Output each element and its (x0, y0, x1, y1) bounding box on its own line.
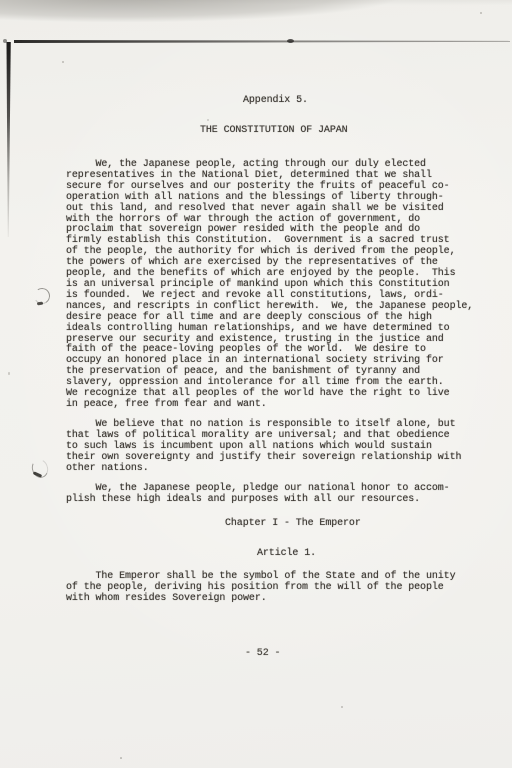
appendix-heading: Appendix 5. (243, 96, 308, 107)
scan-shadow-band (0, 0, 512, 34)
preamble-paragraph-2: We believe that no nation is responsible… (66, 420, 461, 475)
scan-speck (207, 119, 209, 121)
article-paragraph: The Emperor shall be the symbol of the S… (66, 572, 455, 605)
scan-speck (3, 39, 7, 43)
page-number: - 52 - (245, 649, 280, 660)
scan-speck (341, 706, 343, 708)
scan-speck (480, 12, 482, 14)
page-edge-line (14, 40, 510, 43)
scan-speck (287, 39, 294, 43)
preamble-paragraph-3: We, the Japanese people, pledge our nati… (66, 484, 450, 506)
page-edge-shadow (6, 42, 11, 237)
pencil-mark (37, 302, 43, 305)
scan-speck (62, 61, 64, 63)
scanned-document-page: Appendix 5. THE CONSTITUTION OF JAPAN We… (0, 0, 512, 768)
scan-speck (8, 372, 10, 375)
chapter-heading: Chapter I - The Emperor (225, 519, 361, 530)
preamble-paragraph-1: We, the Japanese people, acting through … (66, 160, 473, 411)
scan-speck (120, 757, 122, 759)
article-heading: Article 1. (257, 549, 316, 560)
document-title: THE CONSTITUTION OF JAPAN (200, 126, 348, 137)
